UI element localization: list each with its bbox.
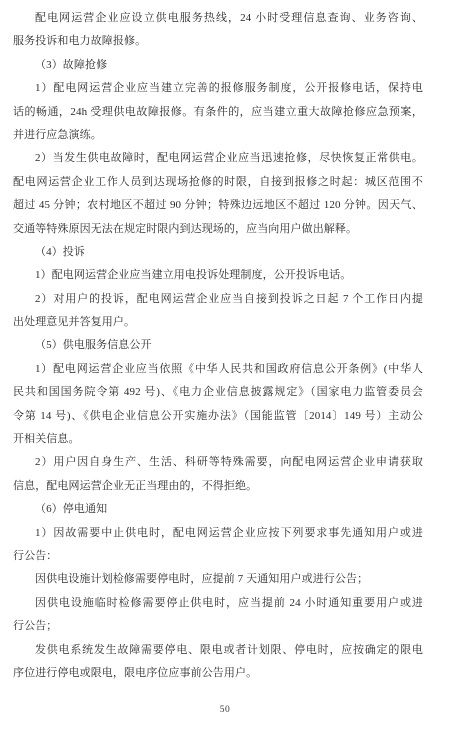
- text-line: 序位进行停电或限电，限电序位应事前公告用户。: [13, 662, 423, 685]
- text-line: 并进行应急演练。: [13, 124, 423, 147]
- text-line: 1）配电网运营企业应当建立完善的报修服务制度，公开报修电话，保持电: [13, 77, 423, 100]
- document-page: 配电网运营企业应设立供电服务热线，24 小时受理信息查询、业务咨询、 服务投诉和…: [0, 0, 450, 730]
- text-line: 因供电设施计划检修需要停电时，应提前 7 天通知用户或进行公告；: [13, 568, 423, 591]
- section-heading: （4）投诉: [13, 241, 423, 264]
- text-line: 出处理意见并答复用户。: [13, 311, 423, 334]
- text-line: 行公告；: [13, 615, 423, 638]
- text-line: 信息，配电网运营企业无正当理由的，不得拒绝。: [13, 475, 423, 498]
- text-line: 民共和国国务院令第 492 号)、《电力企业信息披露规定》（国家电力监管委员会: [13, 381, 423, 404]
- text-line: 2）用户因自身生产、生活、科研等特殊需要，向配电网运营企业申请获取: [13, 451, 423, 474]
- text-line: 配电网运营企业工作人员到达现场抢修的时限，自接到报修之时起：城区范围不: [13, 171, 423, 194]
- text-line: 因供电设施临时检修需要停止供电时，应当提前 24 小时通知重要用户或进: [13, 592, 423, 615]
- text-line: 2）对用户的投诉，配电网运营企业应当自接到投诉之日起 7 个工作日内提: [13, 288, 423, 311]
- text-line: 交通等特殊原因无法在规定时限内到达现场的，应当向用户做出解释。: [13, 218, 423, 241]
- text-line: 配电网运营企业应设立供电服务热线，24 小时受理信息查询、业务咨询、: [13, 7, 423, 30]
- text-line: 发供电系统发生故障需要停电、限电或者计划限、停电时，应按确定的限电: [13, 639, 423, 662]
- text-line: 1）因故需要中止供电时，配电网运营企业应按下列要求事先通知用户或进: [13, 522, 423, 545]
- text-line: 1）配电网运营企业应当建立用电投诉处理制度，公开投诉电话。: [13, 264, 423, 287]
- text-line: 超过 45 分钟；农村地区不超过 90 分钟；特殊边远地区不超过 120 分钟。…: [13, 194, 423, 217]
- text-line: 话的畅通，24h 受理供电故障报修。有条件的，应当建立重大故障抢修应急预案，: [13, 101, 423, 124]
- page-number: 50: [0, 705, 450, 715]
- text-line: 服务投诉和电力故障报修。: [13, 30, 423, 53]
- text-line: 开相关信息。: [13, 428, 423, 451]
- text-line: 行公告：: [13, 545, 423, 568]
- section-heading: （5）供电服务信息公开: [13, 334, 423, 357]
- section-heading: （3）故障抢修: [13, 54, 423, 77]
- section-heading: （6）停电通知: [13, 498, 423, 521]
- text-line: 1）配电网运营企业应当依照《中华人民共和国政府信息公开条例》(中华人: [13, 358, 423, 381]
- document-text-block: 配电网运营企业应设立供电服务热线，24 小时受理信息查询、业务咨询、 服务投诉和…: [13, 7, 423, 685]
- text-line: 2）当发生供电故障时，配电网运营企业应当迅速抢修，尽快恢复正常供电。: [13, 147, 423, 170]
- text-line: 令第 14 号)、《供电企业信息公开实施办法》（国能监管〔2014〕149 号）…: [13, 405, 423, 428]
